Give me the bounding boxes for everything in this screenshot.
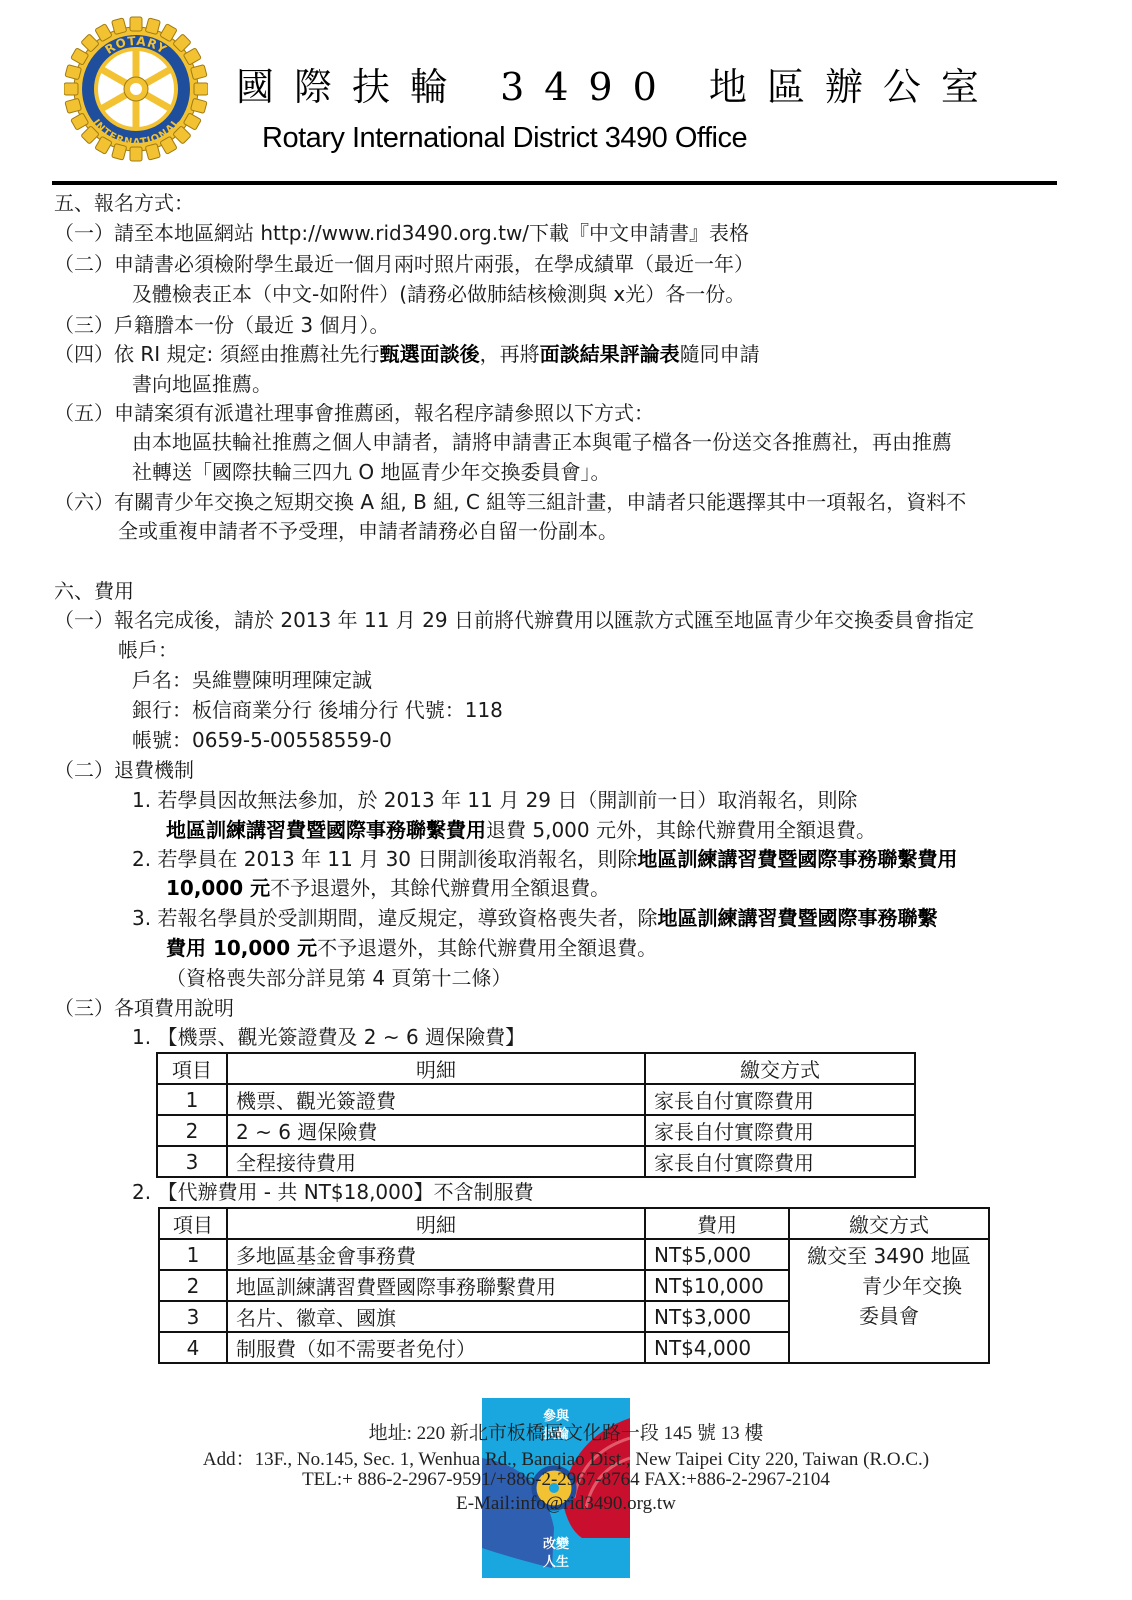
account-name: 戶名：吳維豐陳明理陳定誠: [132, 666, 372, 694]
column-header: 費用: [645, 1208, 789, 1239]
table-cell: NT$5,000: [645, 1239, 789, 1270]
payment-method-cell: 繳交至 3490 地區 青少年交換 委員會: [789, 1239, 989, 1363]
table-cell: NT$10,000: [645, 1270, 789, 1301]
footer-phone-fax: TEL:+ 886-2-2967-9591/+886-2-2967-8764 F…: [0, 1469, 1132, 1491]
refund-rule-3-cont: 費用 10,000 元不予退還外，其餘代辦費用全額退費。: [166, 934, 657, 962]
table-cell: 2: [157, 1115, 227, 1146]
table-row: 1 機票、觀光簽證費 家長自付實際費用: [157, 1084, 915, 1115]
table-cell: NT$3,000: [645, 1301, 789, 1332]
table-cell: 名片、徽章、國旗: [227, 1301, 645, 1332]
table-cell: 4: [159, 1332, 227, 1363]
bank-info: 銀行：板信商業分行 後埔分行 代號：118: [132, 696, 503, 724]
table-header-row: 項目 明細 繳交方式: [157, 1053, 915, 1084]
column-header: 明細: [227, 1208, 645, 1239]
table-cell: NT$4,000: [645, 1332, 789, 1363]
airfare-insurance-table: 項目 明細 繳交方式 1 機票、觀光簽證費 家長自付實際費用 2 2 ~ 6 週…: [156, 1052, 916, 1178]
table-cell: 家長自付實際費用: [645, 1115, 915, 1146]
table-cell: 制服費（如不需要者免付）: [227, 1332, 645, 1363]
office-title-chinese: 國際扶輪 3490 地區辦公室: [236, 56, 999, 111]
svg-text:改變: 改變: [543, 1536, 569, 1552]
footer-address-chinese: 地址: 220 新北市板橋區文化路一段 145 號 13 樓: [0, 1418, 1132, 1445]
table-cell: 家長自付實際費用: [645, 1146, 915, 1177]
table-cell: 2 ~ 6 週保險費: [227, 1115, 645, 1146]
refund-heading: （二）退費機制: [54, 756, 194, 784]
table-header-row: 項目 明細 費用 繳交方式: [159, 1208, 989, 1239]
fees-item-1: （一）報名完成後，請於 2013 年 11 月 29 日前將代辦費用以匯款方式匯…: [54, 606, 974, 634]
table-cell: 多地區基金會事務費: [227, 1239, 645, 1270]
registration-item-5-cont2: 社轉送「國際扶輪三四九 O 地區青少年交換委員會」。: [132, 458, 610, 486]
table-cell: 地區訓練講習費暨國際事務聯繫費用: [227, 1270, 645, 1301]
table-cell: 2: [159, 1270, 227, 1301]
section-heading-fees: 六、費用: [54, 577, 134, 605]
registration-item-4-cont: 書向地區推薦。: [132, 370, 272, 398]
registration-item-1: （一）請至本地區網站 http://www.rid3490.org.tw/下載『…: [54, 219, 749, 247]
footer-email[interactable]: E-Mail:info@rid3490.org.tw: [0, 1493, 1132, 1515]
table-row: 3 全程接待費用 家長自付實際費用: [157, 1146, 915, 1177]
column-header: 項目: [157, 1053, 227, 1084]
refund-rule-1: 1. 若學員因故無法參加，於 2013 年 11 月 29 日（開訓前一日）取消…: [132, 786, 857, 814]
section-heading-registration: 五、報名方式：: [54, 189, 194, 217]
table-cell: 家長自付實際費用: [645, 1084, 915, 1115]
refund-rule-2-cont: 10,000 元不予退還外，其餘代辦費用全額退費。: [166, 874, 610, 902]
refund-rule-1-cont: 地區訓練講習費暨國際事務聯繫費用退費 5,000 元外，其餘代辦費用全額退費。: [166, 816, 876, 844]
refund-rule-2: 2. 若學員在 2013 年 11 月 30 日開訓後取消報名，則除地區訓練講習…: [132, 845, 957, 873]
refund-rule-3: 3. 若報名學員於受訓期間，違反規定，導致資格喪失者，除地區訓練講習費暨國際事務…: [132, 904, 937, 932]
refund-rule-3-note: （資格喪失部分詳見第 4 頁第十二條）: [166, 964, 511, 992]
table-cell: 1: [157, 1084, 227, 1115]
svg-text:人生: 人生: [543, 1554, 569, 1570]
registration-item-2-cont: 及體檢表正本（中文-如附件）(請務必做肺結核檢測與 x光）各一份。: [132, 280, 745, 308]
table1-title: 1. 【機票、觀光簽證費及 2 ~ 6 週保險費】: [132, 1023, 525, 1051]
header-divider: [52, 181, 1057, 185]
registration-item-2: （二）申請書必須檢附學生最近一個月兩吋照片兩張，在學成績單（最近一年）: [54, 250, 754, 278]
fees-item-1-cont: 帳戶：: [118, 636, 178, 664]
registration-item-5-cont: 由本地區扶輪社推薦之個人申請者，請將申請書正本與電子檔各一份送交各推薦社，再由推…: [132, 428, 952, 456]
column-header: 明細: [227, 1053, 645, 1084]
table-row: 2 2 ~ 6 週保險費 家長自付實際費用: [157, 1115, 915, 1146]
registration-item-4: （四）依 RI 規定: 須經由推薦社先行甄選面談後，再將面談結果評論表隨同申請: [54, 340, 760, 368]
registration-item-6: （六）有關青少年交換之短期交換 A 組, B 組, C 組等三組計畫，申請者只能…: [54, 488, 966, 516]
account-number: 帳號：0659-5-00558559-0: [132, 726, 392, 754]
table-row: 1 多地區基金會事務費 NT$5,000 繳交至 3490 地區 青少年交換 委…: [159, 1239, 989, 1270]
table-cell: 全程接待費用: [227, 1146, 645, 1177]
table-cell: 3: [157, 1146, 227, 1177]
table-cell: 機票、觀光簽證費: [227, 1084, 645, 1115]
column-header: 項目: [159, 1208, 227, 1239]
agency-fees-table: 項目 明細 費用 繳交方式 1 多地區基金會事務費 NT$5,000 繳交至 3…: [158, 1207, 990, 1364]
office-title-english: Rotary International District 3490 Offic…: [262, 122, 747, 155]
column-header: 繳交方式: [789, 1208, 989, 1239]
column-header: 繳交方式: [645, 1053, 915, 1084]
rotary-logo: ROTARY INTERNATIONAL: [64, 14, 208, 164]
footer-address-english: Add：13F., No.145, Sec. 1, Wenhua Rd., Ba…: [0, 1444, 1132, 1471]
registration-item-5: （五）申請案須有派遣社理事會推薦函，報名程序請參照以下方式：: [54, 399, 654, 427]
registration-item-3: （三）戶籍謄本一份（最近 3 個月）。: [54, 311, 389, 339]
table2-title: 2. 【代辦費用 - 共 NT$18,000】不含制服費: [132, 1178, 534, 1206]
table-cell: 1: [159, 1239, 227, 1270]
table-cell: 3: [159, 1301, 227, 1332]
fee-details-heading: （三）各項費用說明: [54, 994, 234, 1022]
registration-item-6-cont: 全或重複申請者不予受理，申請者請務必自留一份副本。: [118, 517, 618, 545]
